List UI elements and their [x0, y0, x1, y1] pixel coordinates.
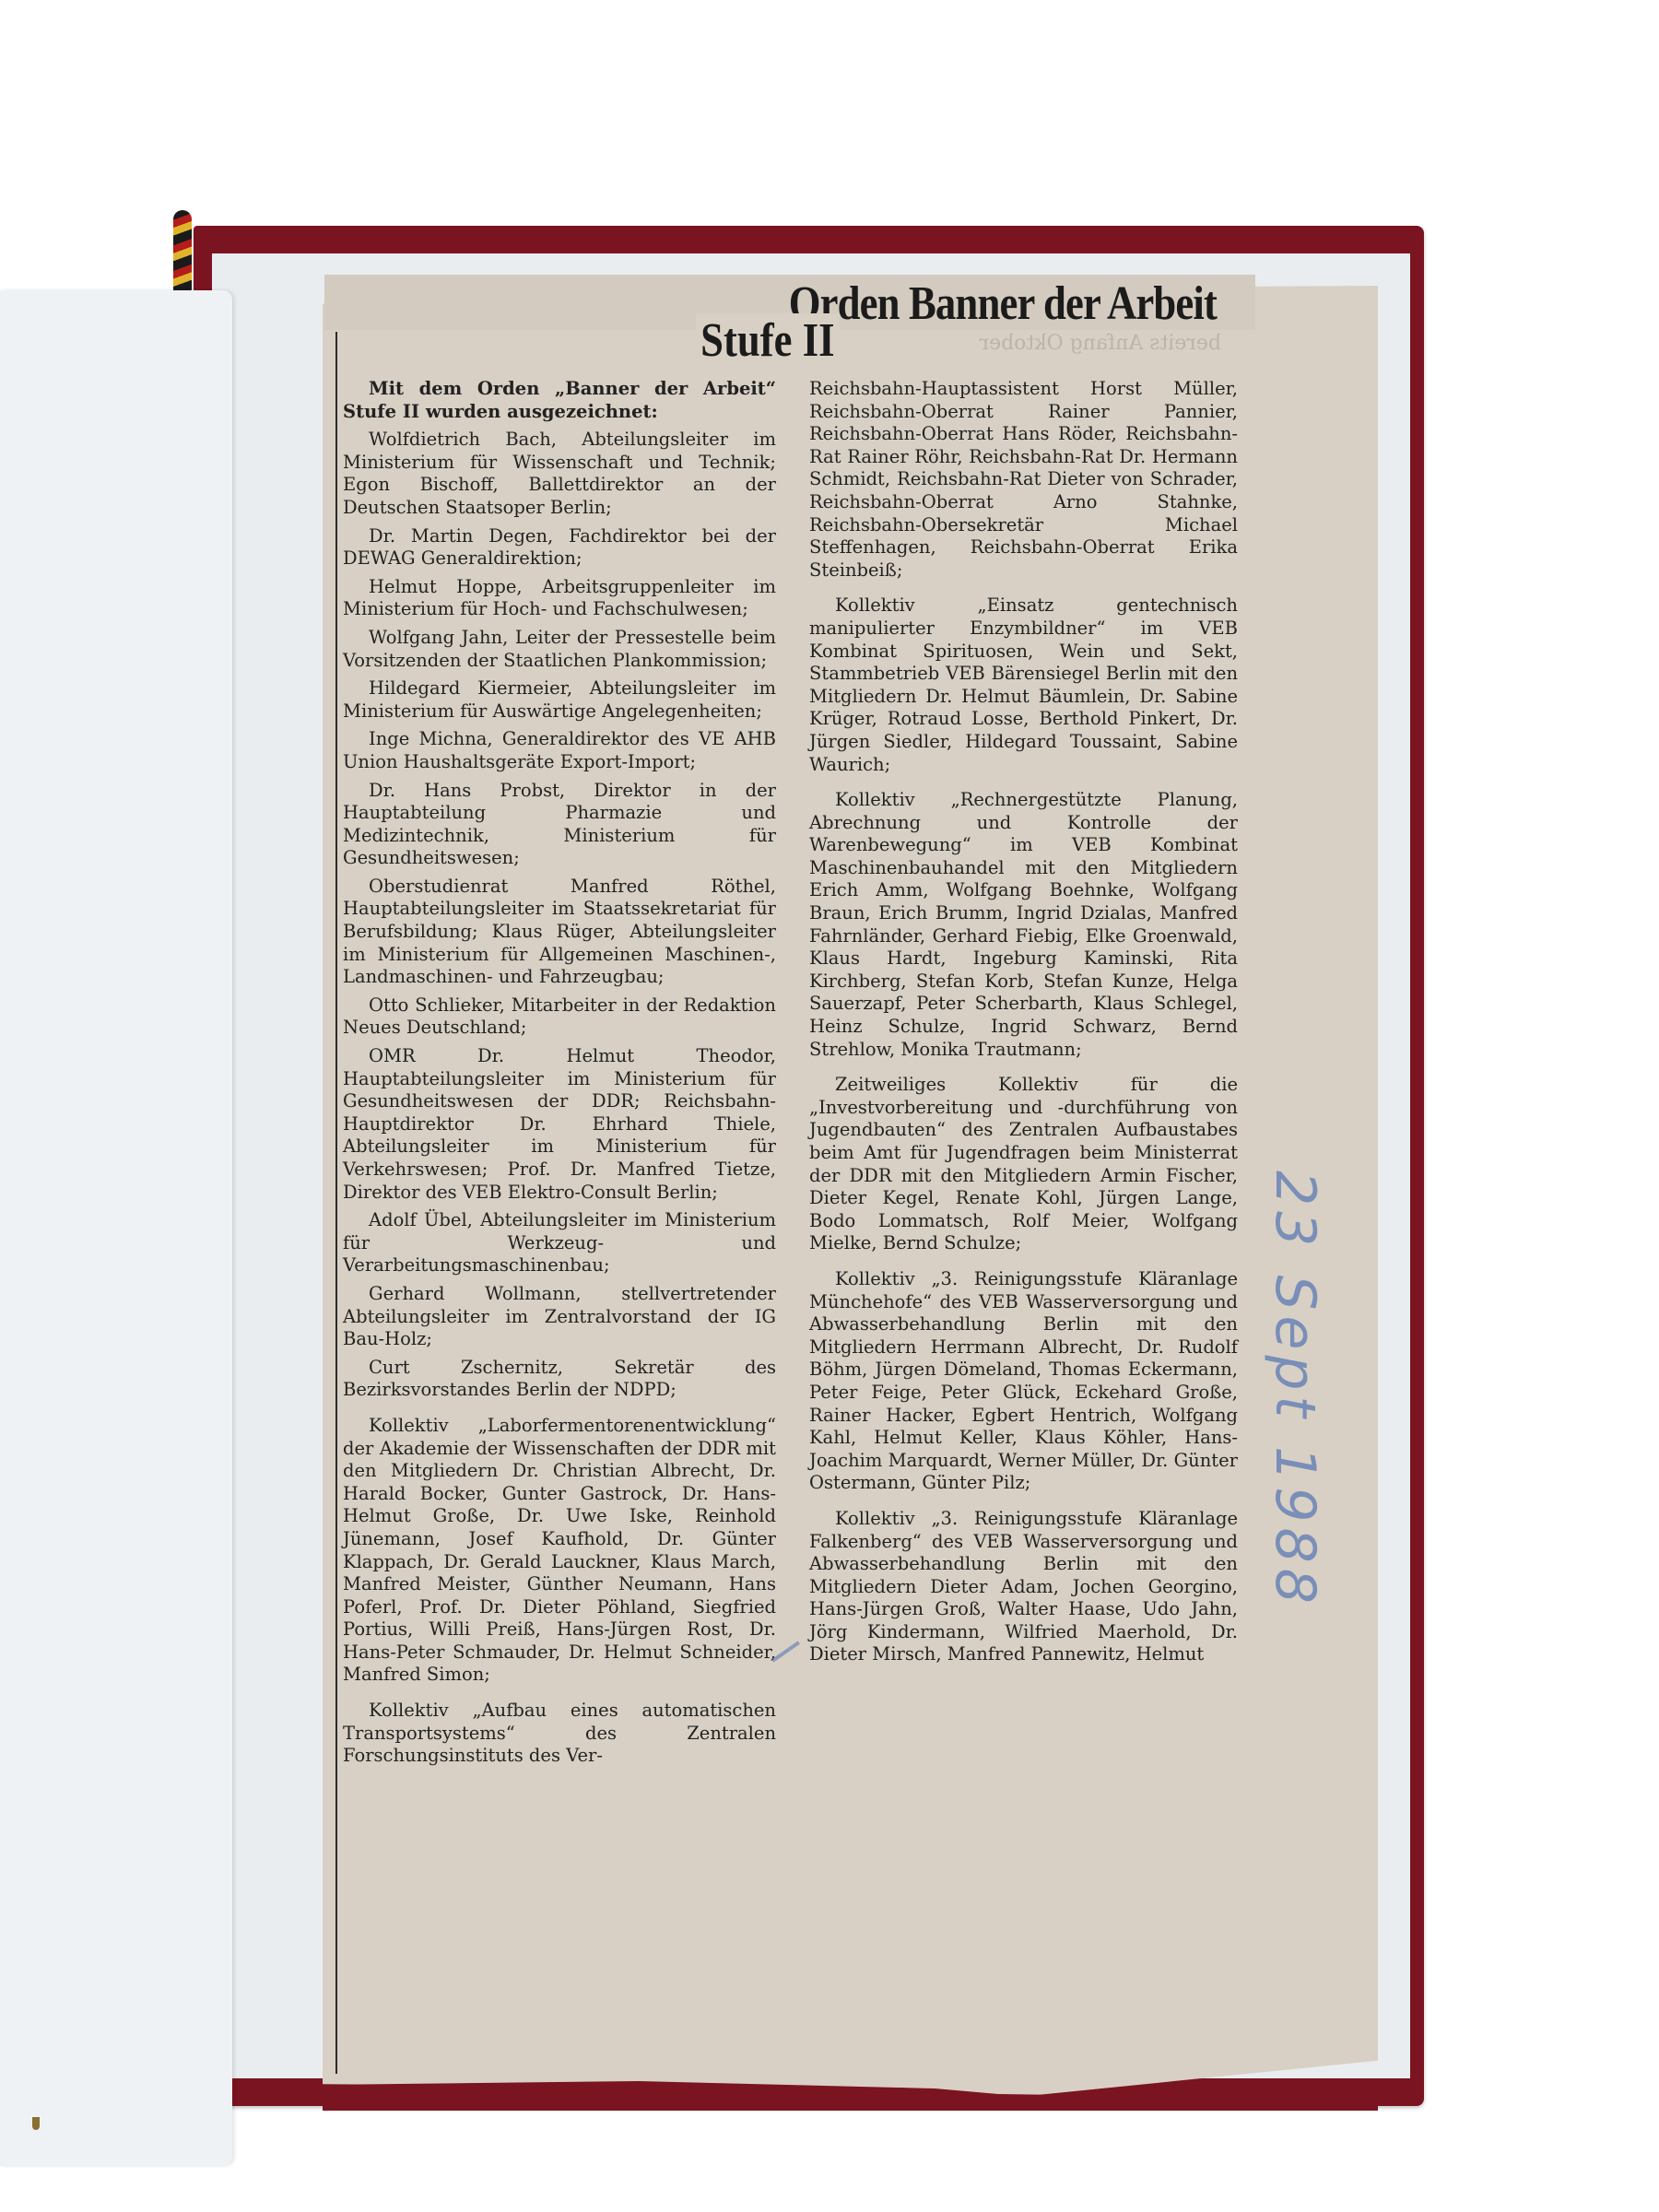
left-paragraph: Gerhard Wollmann, stellvertretender Abte… — [343, 1283, 776, 1351]
ribbon-bookmark-cord — [173, 210, 192, 295]
left-paragraph: Oberstudienrat Manfred Röthel, Hauptabte… — [343, 876, 776, 989]
right-paragraph: Reichsbahn-Hauptassistent Horst Müller, … — [809, 378, 1238, 582]
right-column-paragraphs: Reichsbahn-Hauptassistent Horst Müller, … — [809, 378, 1238, 1666]
right-paragraph: Kollektiv „Einsatz gentechnisch manipuli… — [809, 594, 1238, 776]
right-paragraph: Kollektiv „3. Reinigungsstufe Kläranlage… — [809, 1508, 1238, 1666]
left-paragraph: Hildegard Kiermeier, Abteilungsleiter im… — [343, 677, 776, 723]
left-paragraph: Helmut Hoppe, Arbeitsgruppenleiter im Mi… — [343, 576, 776, 621]
right-paragraph: Kollektiv „3. Reinigungsstufe Kläranlage… — [809, 1268, 1238, 1495]
ribbon-cord-tip — [32, 2117, 40, 2130]
left-page-flap[interactable] — [0, 290, 232, 2166]
right-paragraph: Kollektiv „Rechnergestützte Planung, Abr… — [809, 789, 1238, 1061]
article-column-right: Reichsbahn-Hauptassistent Horst Müller, … — [809, 378, 1238, 1672]
column-rule — [335, 332, 337, 2074]
left-paragraph: Adolf Übel, Abteilungsleiter im Minister… — [343, 1209, 776, 1277]
article-intro: Mit dem Orden „Banner der Arbeit“ Stufe … — [343, 378, 776, 423]
left-paragraph: Wolfgang Jahn, Leiter der Pressestelle b… — [343, 627, 776, 672]
right-paragraph: Zeitweiliges Kollektiv für die „Investvo… — [809, 1074, 1238, 1255]
left-paragraph: Inge Michna, Generaldirektor des VE AHB … — [343, 728, 776, 773]
handwritten-date-text: 23 Sept 1988 — [1263, 1171, 1327, 1609]
headline-subtitle: Stufe II — [696, 313, 840, 368]
article-column-left: Mit dem Orden „Banner der Arbeit“ Stufe … — [343, 378, 776, 1773]
left-paragraph: Curt Zschernitz, Sekretär des Bezirksvor… — [343, 1357, 776, 1402]
left-paragraph: Otto Schlieker, Mitarbeiter in der Redak… — [343, 994, 776, 1040]
left-paragraph: Dr. Hans Probst, Direktor in der Hauptab… — [343, 780, 776, 870]
left-paragraph: Dr. Martin Degen, Fachdirektor bei der D… — [343, 525, 776, 571]
left-paragraph: Kollektiv „Aufbau eines automatischen Tr… — [343, 1700, 776, 1768]
handwritten-date-note: 23 Sept 1988 — [1253, 1171, 1336, 1650]
left-paragraph: Kollektiv „Laborfermentorenentwicklung“ … — [343, 1415, 776, 1687]
left-column-paragraphs: Wolfdietrich Bach, Abteilungsleiter im M… — [343, 429, 776, 1768]
left-paragraph: OMR Dr. Helmut Theodor, Hauptabteilungsl… — [343, 1045, 776, 1204]
left-paragraph: Wolfdietrich Bach, Abteilungsleiter im M… — [343, 429, 776, 519]
